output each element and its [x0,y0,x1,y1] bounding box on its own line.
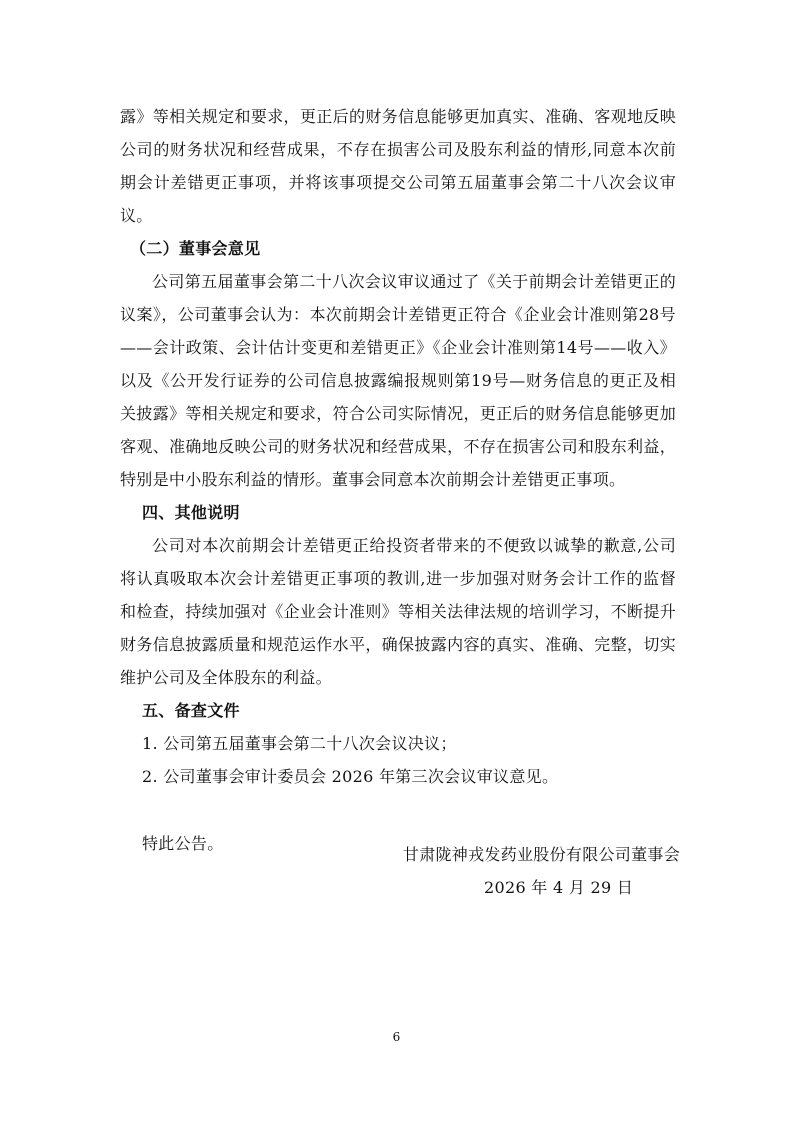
paragraph-other-notes: 公司对本次前期会计差错更正给投资者带来的不便致以诚挚的歉意,公司将认真吸取本次会… [120,529,676,694]
paragraph-board-opinion: 公司第五届董事会第二十八次会议审议通过了《关于前期会计差错更正的议案》，公司董事… [120,265,676,496]
spacer [120,793,676,827]
reference-document-item: 1. 公司第五届董事会第二十八次会议决议； [120,727,676,760]
signature-block: 甘肃陇神戎发药业股份有限公司董事会 2026 年 4 月 29 日 [400,838,680,904]
heading-board-opinion: （二）董事会意见 [120,232,676,265]
document-body: 露》等相关规定和要求，更正后的财务信息能够更加真实、准确、客观地反映公司的财务状… [120,100,676,860]
document-page: 露》等相关规定和要求，更正后的财务信息能够更加真实、准确、客观地反映公司的财务状… [0,0,793,1122]
reference-document-item: 2. 公司董事会审计委员会 2026 年第三次会议审议意见。 [120,760,676,793]
page-number: 6 [0,1030,793,1044]
paragraph-audit-committee-continuation: 露》等相关规定和要求，更正后的财务信息能够更加真实、准确、客观地反映公司的财务状… [120,100,676,232]
heading-other-notes: 四、其他说明 [120,496,676,529]
heading-reference-documents: 五、备查文件 [120,694,676,727]
signature-date: 2026 年 4 月 29 日 [400,871,680,904]
signature-organization: 甘肃陇神戎发药业股份有限公司董事会 [400,838,680,871]
